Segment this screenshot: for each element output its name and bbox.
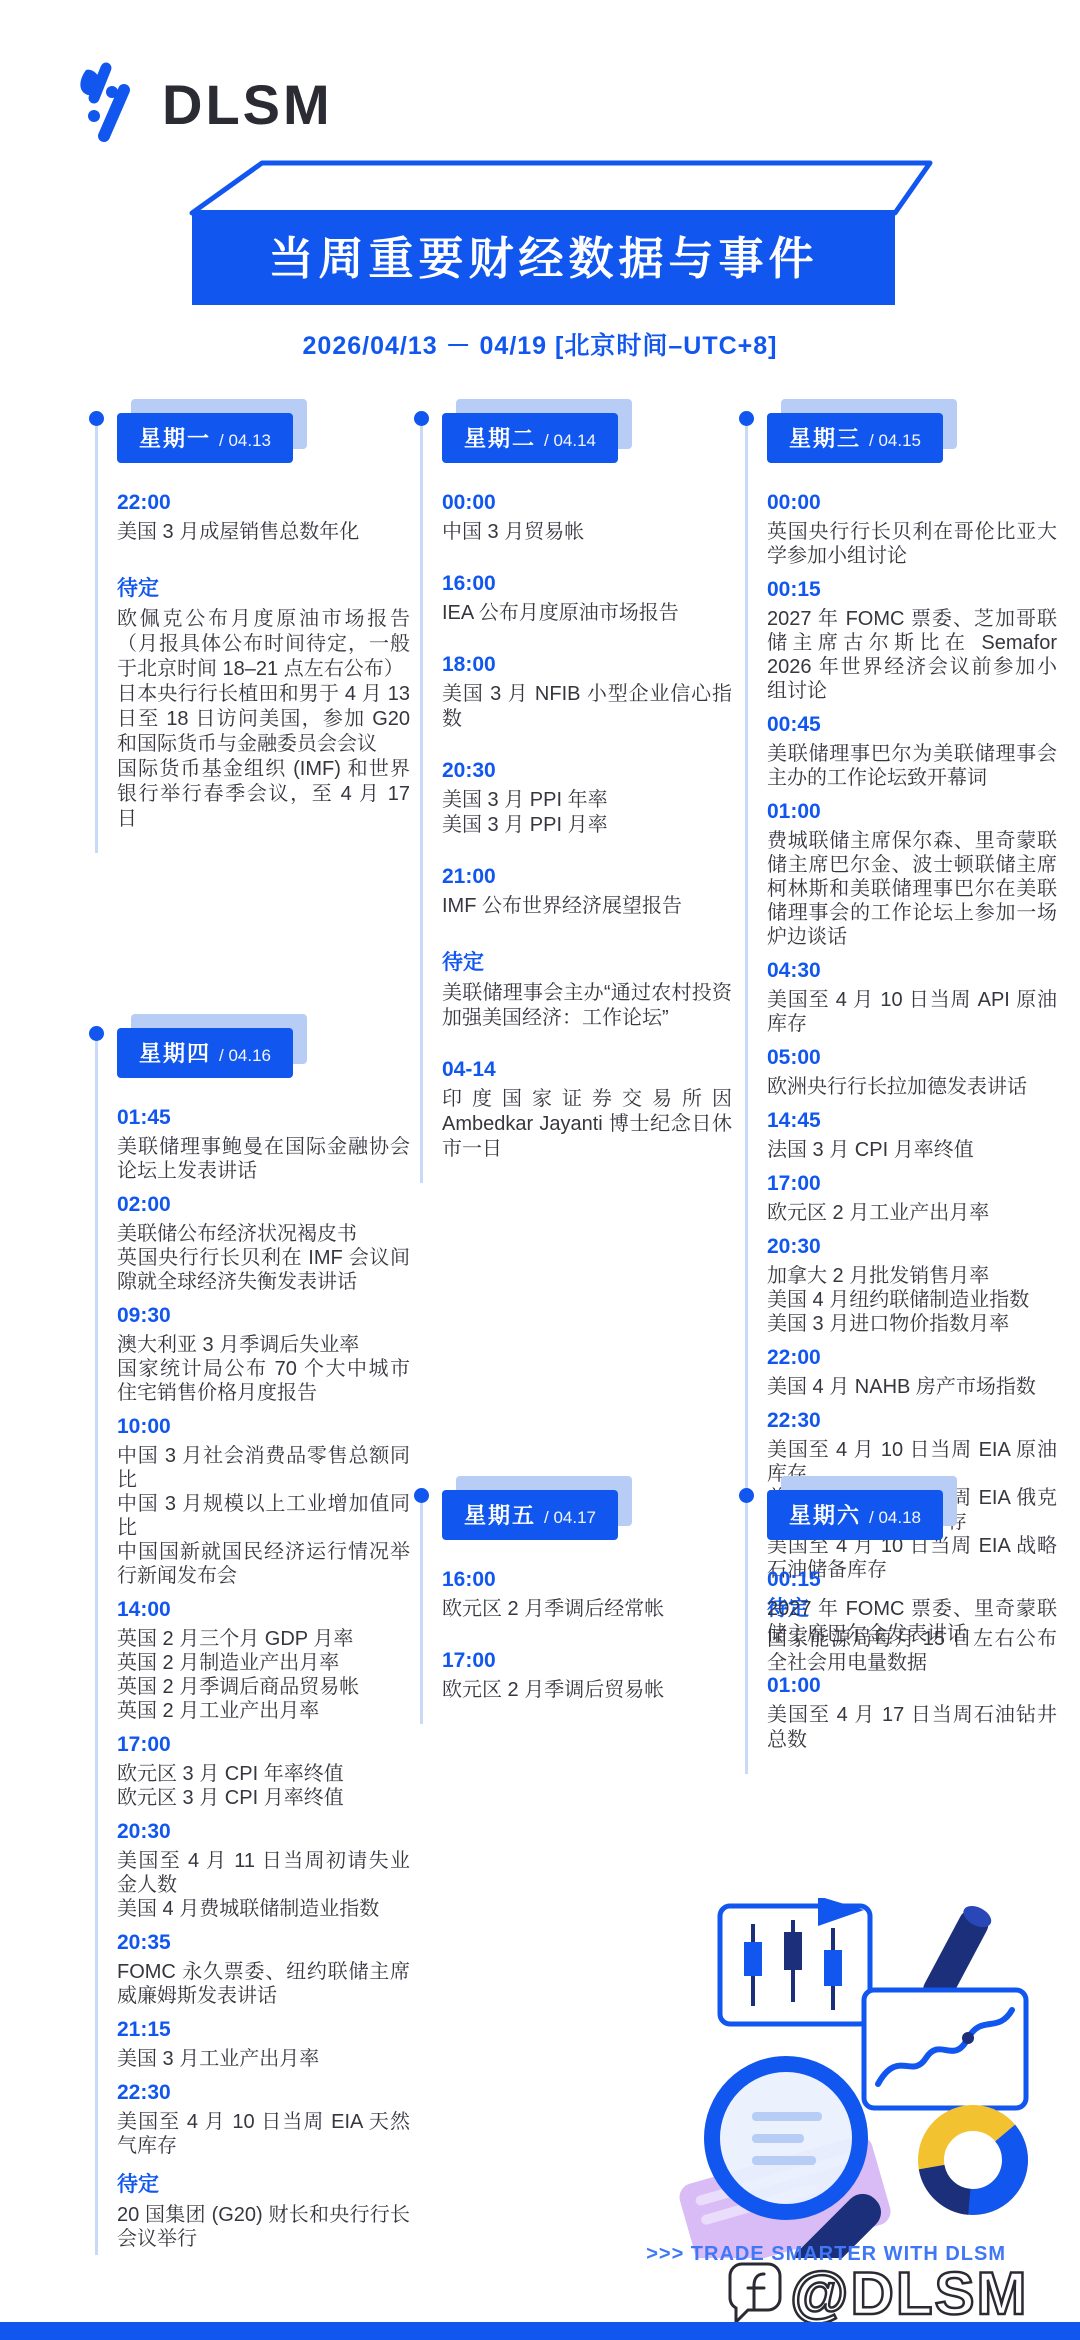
event-text: 英国 2 月季调后商品贸易帐 — [117, 1675, 410, 1699]
event-block: 21:15美国 3 月工业产出月率 — [117, 2018, 410, 2071]
event-block: 21:00IMF 公布世界经济展望报告 — [442, 865, 732, 919]
event-block: 18:00美国 3 月 NFIB 小型企业信心指数 — [442, 653, 732, 732]
event-text: 美国 4 月纽约联储制造业指数 — [767, 1288, 1057, 1312]
event-time: 21:15 — [117, 2018, 410, 2042]
day-column: 星期四/ 04.16 01:45美联储理事鲍曼在国际金融协会论坛上发表讲话02:… — [95, 1028, 410, 2261]
event-time: 17:00 — [442, 1649, 732, 1673]
event-block: 00:00中国 3 月贸易帐 — [442, 491, 732, 545]
day-header: 星期四/ 04.16 — [117, 1028, 293, 1078]
event-text: IEA 公布月度原油市场报告 — [442, 601, 732, 626]
watermark-text: @DLSM — [790, 2260, 1029, 2327]
event-time: 18:00 — [442, 653, 732, 677]
event-time: 22:00 — [117, 491, 410, 515]
day-events: 00:152027 年 FOMC 票委、里奇蒙联储主席巴尔金发表讲话01:00美… — [767, 1568, 1057, 1753]
event-time: 09:30 — [117, 1304, 410, 1328]
event-block: 00:00英国央行行长贝利在哥伦比亚大学参加小组讨论 — [767, 491, 1057, 568]
chat-bubble-icon — [730, 2264, 780, 2322]
event-block: 00:45美联储理事巴尔为美联储理事会主办的工作论坛致开幕词 — [767, 713, 1057, 790]
event-text: 中国 3 月贸易帐 — [442, 520, 732, 545]
event-time: 00:45 — [767, 713, 1057, 737]
event-block: 04:30美国至 4 月 10 日当周 API 原油库存 — [767, 959, 1057, 1036]
event-text: 美国 4 月 NAHB 房产市场指数 — [767, 1375, 1057, 1399]
day-header: 星期五/ 04.17 — [442, 1490, 618, 1540]
day-date: / 04.18 — [869, 1508, 921, 1527]
event-time: 待定 — [117, 2168, 410, 2198]
day-date: / 04.17 — [544, 1508, 596, 1527]
event-time: 01:00 — [767, 1674, 1057, 1698]
event-block: 01:45美联储理事鲍曼在国际金融协会论坛上发表讲话 — [117, 1106, 410, 1183]
event-time: 待定 — [117, 572, 410, 602]
event-block: 22:30美国至 4 月 10 日当周 EIA 天然气库存 — [117, 2081, 410, 2158]
event-time: 00:00 — [442, 491, 732, 515]
event-time: 01:00 — [767, 800, 1057, 824]
day-header: 星期一/ 04.13 — [117, 413, 293, 463]
event-block: 10:00中国 3 月社会消费品零售总额同比中国 3 月规模以上工业增加值同比中… — [117, 1415, 410, 1588]
event-text: 欧元区 3 月 CPI 月率终值 — [117, 1786, 410, 1810]
day-date: / 04.16 — [219, 1046, 271, 1065]
event-text: 美联储公布经济状况褐皮书 — [117, 1222, 410, 1246]
day-date: / 04.14 — [544, 431, 596, 450]
event-text: 美联储理事会主办“通过农村投资加强美国经济：工作论坛” — [442, 981, 732, 1031]
event-time: 01:45 — [117, 1106, 410, 1130]
event-text: 20 国集团 (G20) 财长和央行行长会议举行 — [117, 2203, 410, 2251]
event-time: 17:00 — [767, 1172, 1057, 1196]
event-text: 美国至 4 月 11 日当周初请失业金人数 — [117, 1849, 410, 1897]
event-time: 14:00 — [117, 1598, 410, 1622]
event-block: 01:00费城联储主席保尔森、里奇蒙联储主席巴尔金、波士顿联储主席柯林斯和美联储… — [767, 800, 1057, 949]
event-time: 20:30 — [117, 1820, 410, 1844]
day-events: 01:45美联储理事鲍曼在国际金融协会论坛上发表讲话02:00美联储公布经济状况… — [117, 1106, 410, 2251]
event-text: 法国 3 月 CPI 月率终值 — [767, 1138, 1057, 1162]
day-name: 星期五 — [464, 1503, 536, 1528]
event-block: 20:30加拿大 2 月批发销售月率美国 4 月纽约联储制造业指数美国 3 月进… — [767, 1235, 1057, 1336]
event-text: 印度国家证券交易所因 Ambedkar Jayanti 博士纪念日休市一日 — [442, 1087, 732, 1162]
event-text: 欧洲央行行长拉加德发表讲话 — [767, 1075, 1057, 1099]
timeline-dot — [739, 411, 754, 426]
event-text: 美国 3 月进口物价指数月率 — [767, 1312, 1057, 1336]
event-text: 美国 3 月 PPI 月率 — [442, 813, 732, 838]
event-text: IMF 公布世界经济展望报告 — [442, 894, 732, 919]
event-text: 欧元区 2 月季调后贸易帐 — [442, 1678, 732, 1703]
event-text: 欧元区 2 月季调后经常帐 — [442, 1597, 732, 1622]
day-date: / 04.15 — [869, 431, 921, 450]
event-block: 02:00美联储公布经济状况褐皮书英国央行行长贝利在 IMF 会议间隙就全球经济… — [117, 1193, 410, 1294]
timeline-dot — [89, 411, 104, 426]
day-header: 星期二/ 04.14 — [442, 413, 618, 463]
day-column: 星期二/ 04.14 00:00中国 3 月贸易帐16:00IEA 公布月度原油… — [420, 413, 732, 1189]
event-block: 00:152027 年 FOMC 票委、芝加哥联储主席古尔斯比在 Semafor… — [767, 578, 1057, 703]
event-text: 欧元区 2 月工业产出月率 — [767, 1201, 1057, 1225]
event-time: 待定 — [442, 946, 732, 976]
event-text: 加拿大 2 月批发销售月率 — [767, 1264, 1057, 1288]
event-time: 20:30 — [767, 1235, 1057, 1259]
event-text: 美国 3 月 PPI 年率 — [442, 788, 732, 813]
event-block: 20:30美国至 4 月 11 日当周初请失业金人数美国 4 月费城联储制造业指… — [117, 1820, 410, 1921]
event-block: 待定欧佩克公布月度原油市场报告（月报具体公布时间待定，一般于北京时间 18–21… — [117, 572, 410, 832]
candlestick-chart-icon — [720, 1906, 870, 2024]
event-time: 02:00 — [117, 1193, 410, 1217]
day-column: 星期六/ 04.18 00:152027 年 FOMC 票委、里奇蒙联储主席巴尔… — [745, 1490, 1057, 1780]
day-name: 星期四 — [139, 1041, 211, 1066]
event-time: 22:30 — [767, 1409, 1057, 1433]
event-text: 英国央行行长贝利在哥伦比亚大学参加小组讨论 — [767, 520, 1057, 568]
event-block: 16:00欧元区 2 月季调后经常帐 — [442, 1568, 732, 1622]
event-time: 22:30 — [117, 2081, 410, 2105]
event-text: 英国 2 月工业产出月率 — [117, 1699, 410, 1723]
event-block: 22:00美国 4 月 NAHB 房产市场指数 — [767, 1346, 1057, 1399]
event-block: 待定20 国集团 (G20) 财长和央行行长会议举行 — [117, 2168, 410, 2251]
timeline-dot — [414, 1488, 429, 1503]
event-time: 21:00 — [442, 865, 732, 889]
event-text: 2027 年 FOMC 票委、芝加哥联储主席古尔斯比在 Semafor 2026… — [767, 607, 1057, 703]
event-text: 欧佩克公布月度原油市场报告（月报具体公布时间待定，一般于北京时间 18–21 点… — [117, 607, 410, 682]
event-time: 04-14 — [442, 1058, 732, 1082]
event-text: 美国至 4 月 17 日当周石油钻井总数 — [767, 1703, 1057, 1753]
event-text: 美国 3 月工业产出月率 — [117, 2047, 410, 2071]
timeline-dot — [414, 411, 429, 426]
event-block: 09:30澳大利亚 3 月季调后失业率国家统计局公布 70 个大中城市住宅销售价… — [117, 1304, 410, 1405]
donut-chart-icon — [914, 2101, 1032, 2219]
event-block: 00:152027 年 FOMC 票委、里奇蒙联储主席巴尔金发表讲话 — [767, 1568, 1057, 1647]
event-block: 20:35FOMC 永久票委、纽约联储主席威廉姆斯发表讲话 — [117, 1931, 410, 2008]
finance-illustration — [668, 1898, 1068, 2258]
event-time: 16:00 — [442, 1568, 732, 1592]
day-column: 星期一/ 04.13 22:00美国 3 月成屋销售总数年化待定欧佩克公布月度原… — [95, 413, 410, 859]
event-block: 01:00美国至 4 月 17 日当周石油钻井总数 — [767, 1674, 1057, 1753]
timeline-dot — [739, 1488, 754, 1503]
timeline-dot — [89, 1026, 104, 1041]
bottom-bar — [0, 2322, 1080, 2340]
event-text: 英国央行行长贝利在 IMF 会议间隙就全球经济失衡发表讲话 — [117, 1246, 410, 1294]
day-header: 星期六/ 04.18 — [767, 1490, 943, 1540]
event-text: 美国至 4 月 10 日当周 API 原油库存 — [767, 988, 1057, 1036]
event-text: 中国 3 月规模以上工业增加值同比 — [117, 1492, 410, 1540]
day-name: 星期二 — [464, 426, 536, 451]
event-block: 14:45法国 3 月 CPI 月率终值 — [767, 1109, 1057, 1162]
event-text: 澳大利亚 3 月季调后失业率 — [117, 1333, 410, 1357]
event-text: 美联储理事鲍曼在国际金融协会论坛上发表讲话 — [117, 1135, 410, 1183]
event-text: 美国 3 月 NFIB 小型企业信心指数 — [442, 682, 732, 732]
event-text: 中国 3 月社会消费品零售总额同比 — [117, 1444, 410, 1492]
line-chart-icon — [864, 1990, 1026, 2108]
event-time: 05:00 — [767, 1046, 1057, 1070]
day-header: 星期三/ 04.15 — [767, 413, 943, 463]
event-time: 10:00 — [117, 1415, 410, 1439]
event-block: 待定美联储理事会主办“通过农村投资加强美国经济：工作论坛” — [442, 946, 732, 1031]
event-time: 17:00 — [117, 1733, 410, 1757]
event-time: 04:30 — [767, 959, 1057, 983]
event-time: 00:15 — [767, 578, 1057, 602]
event-text: 中国国新就国民经济运行情况举行新闻发布会 — [117, 1540, 410, 1588]
day-events: 00:00中国 3 月贸易帐16:00IEA 公布月度原油市场报告18:00美国… — [442, 491, 732, 1162]
day-name: 星期一 — [139, 426, 211, 451]
event-text: 国际货币基金组织 (IMF) 和世界银行举行春季会议，至 4 月 17 日 — [117, 757, 410, 832]
page-title: 当周重要财经数据与事件 — [192, 213, 895, 305]
event-block: 05:00欧洲央行行长拉加德发表讲话 — [767, 1046, 1057, 1099]
event-text: 欧元区 3 月 CPI 年率终值 — [117, 1762, 410, 1786]
event-text: 国家统计局公布 70 个大中城市住宅销售价格月度报告 — [117, 1357, 410, 1405]
event-block: 17:00欧元区 3 月 CPI 年率终值欧元区 3 月 CPI 月率终值 — [117, 1733, 410, 1810]
event-text: 美联储理事巴尔为美联储理事会主办的工作论坛致开幕词 — [767, 742, 1057, 790]
day-name: 星期六 — [789, 1503, 861, 1528]
event-time: 14:45 — [767, 1109, 1057, 1133]
event-block: 04-14印度国家证券交易所因 Ambedkar Jayanti 博士纪念日休市… — [442, 1058, 732, 1162]
day-name: 星期三 — [789, 426, 861, 451]
event-text: 英国 2 月制造业产出月率 — [117, 1651, 410, 1675]
event-block: 20:30美国 3 月 PPI 年率美国 3 月 PPI 月率 — [442, 759, 732, 838]
event-time: 20:30 — [442, 759, 732, 783]
event-block: 14:00英国 2 月三个月 GDP 月率英国 2 月制造业产出月率英国 2 月… — [117, 1598, 410, 1723]
day-events: 22:00美国 3 月成屋销售总数年化待定欧佩克公布月度原油市场报告（月报具体公… — [117, 491, 410, 832]
event-block: 17:00欧元区 2 月季调后贸易帐 — [442, 1649, 732, 1703]
event-text: 美国 4 月费城联储制造业指数 — [117, 1897, 410, 1921]
day-events: 16:00欧元区 2 月季调后经常帐17:00欧元区 2 月季调后贸易帐 — [442, 1568, 732, 1703]
event-time: 00:15 — [767, 1568, 1057, 1592]
event-block: 17:00欧元区 2 月工业产出月率 — [767, 1172, 1057, 1225]
event-text: 英国 2 月三个月 GDP 月率 — [117, 1627, 410, 1651]
event-text: 2027 年 FOMC 票委、里奇蒙联储主席巴尔金发表讲话 — [767, 1597, 1057, 1647]
event-block: 16:00IEA 公布月度原油市场报告 — [442, 572, 732, 626]
event-text: 美国至 4 月 10 日当周 EIA 天然气库存 — [117, 2110, 410, 2158]
event-block: 22:00美国 3 月成屋销售总数年化 — [117, 491, 410, 545]
event-text: 日本央行行长植田和男于 4 月 13 日至 18 日访问美国，参加 G20 和国… — [117, 682, 410, 757]
event-text: 费城联储主席保尔森、里奇蒙联储主席巴尔金、波士顿联储主席柯林斯和美联储理事巴尔在… — [767, 829, 1057, 949]
event-text: 美国 3 月成屋销售总数年化 — [117, 520, 410, 545]
event-time: 20:35 — [117, 1931, 410, 1955]
event-time: 16:00 — [442, 572, 732, 596]
event-time: 00:00 — [767, 491, 1057, 515]
day-date: / 04.13 — [219, 431, 271, 450]
day-column: 星期五/ 04.17 16:00欧元区 2 月季调后经常帐17:00欧元区 2 … — [420, 1490, 732, 1730]
event-time: 22:00 — [767, 1346, 1057, 1370]
date-range: 2026/04/13 － 04/19 [北京时间–UTC+8] — [0, 326, 1080, 362]
event-text: FOMC 永久票委、纽约联储主席威廉姆斯发表讲话 — [117, 1960, 410, 2008]
